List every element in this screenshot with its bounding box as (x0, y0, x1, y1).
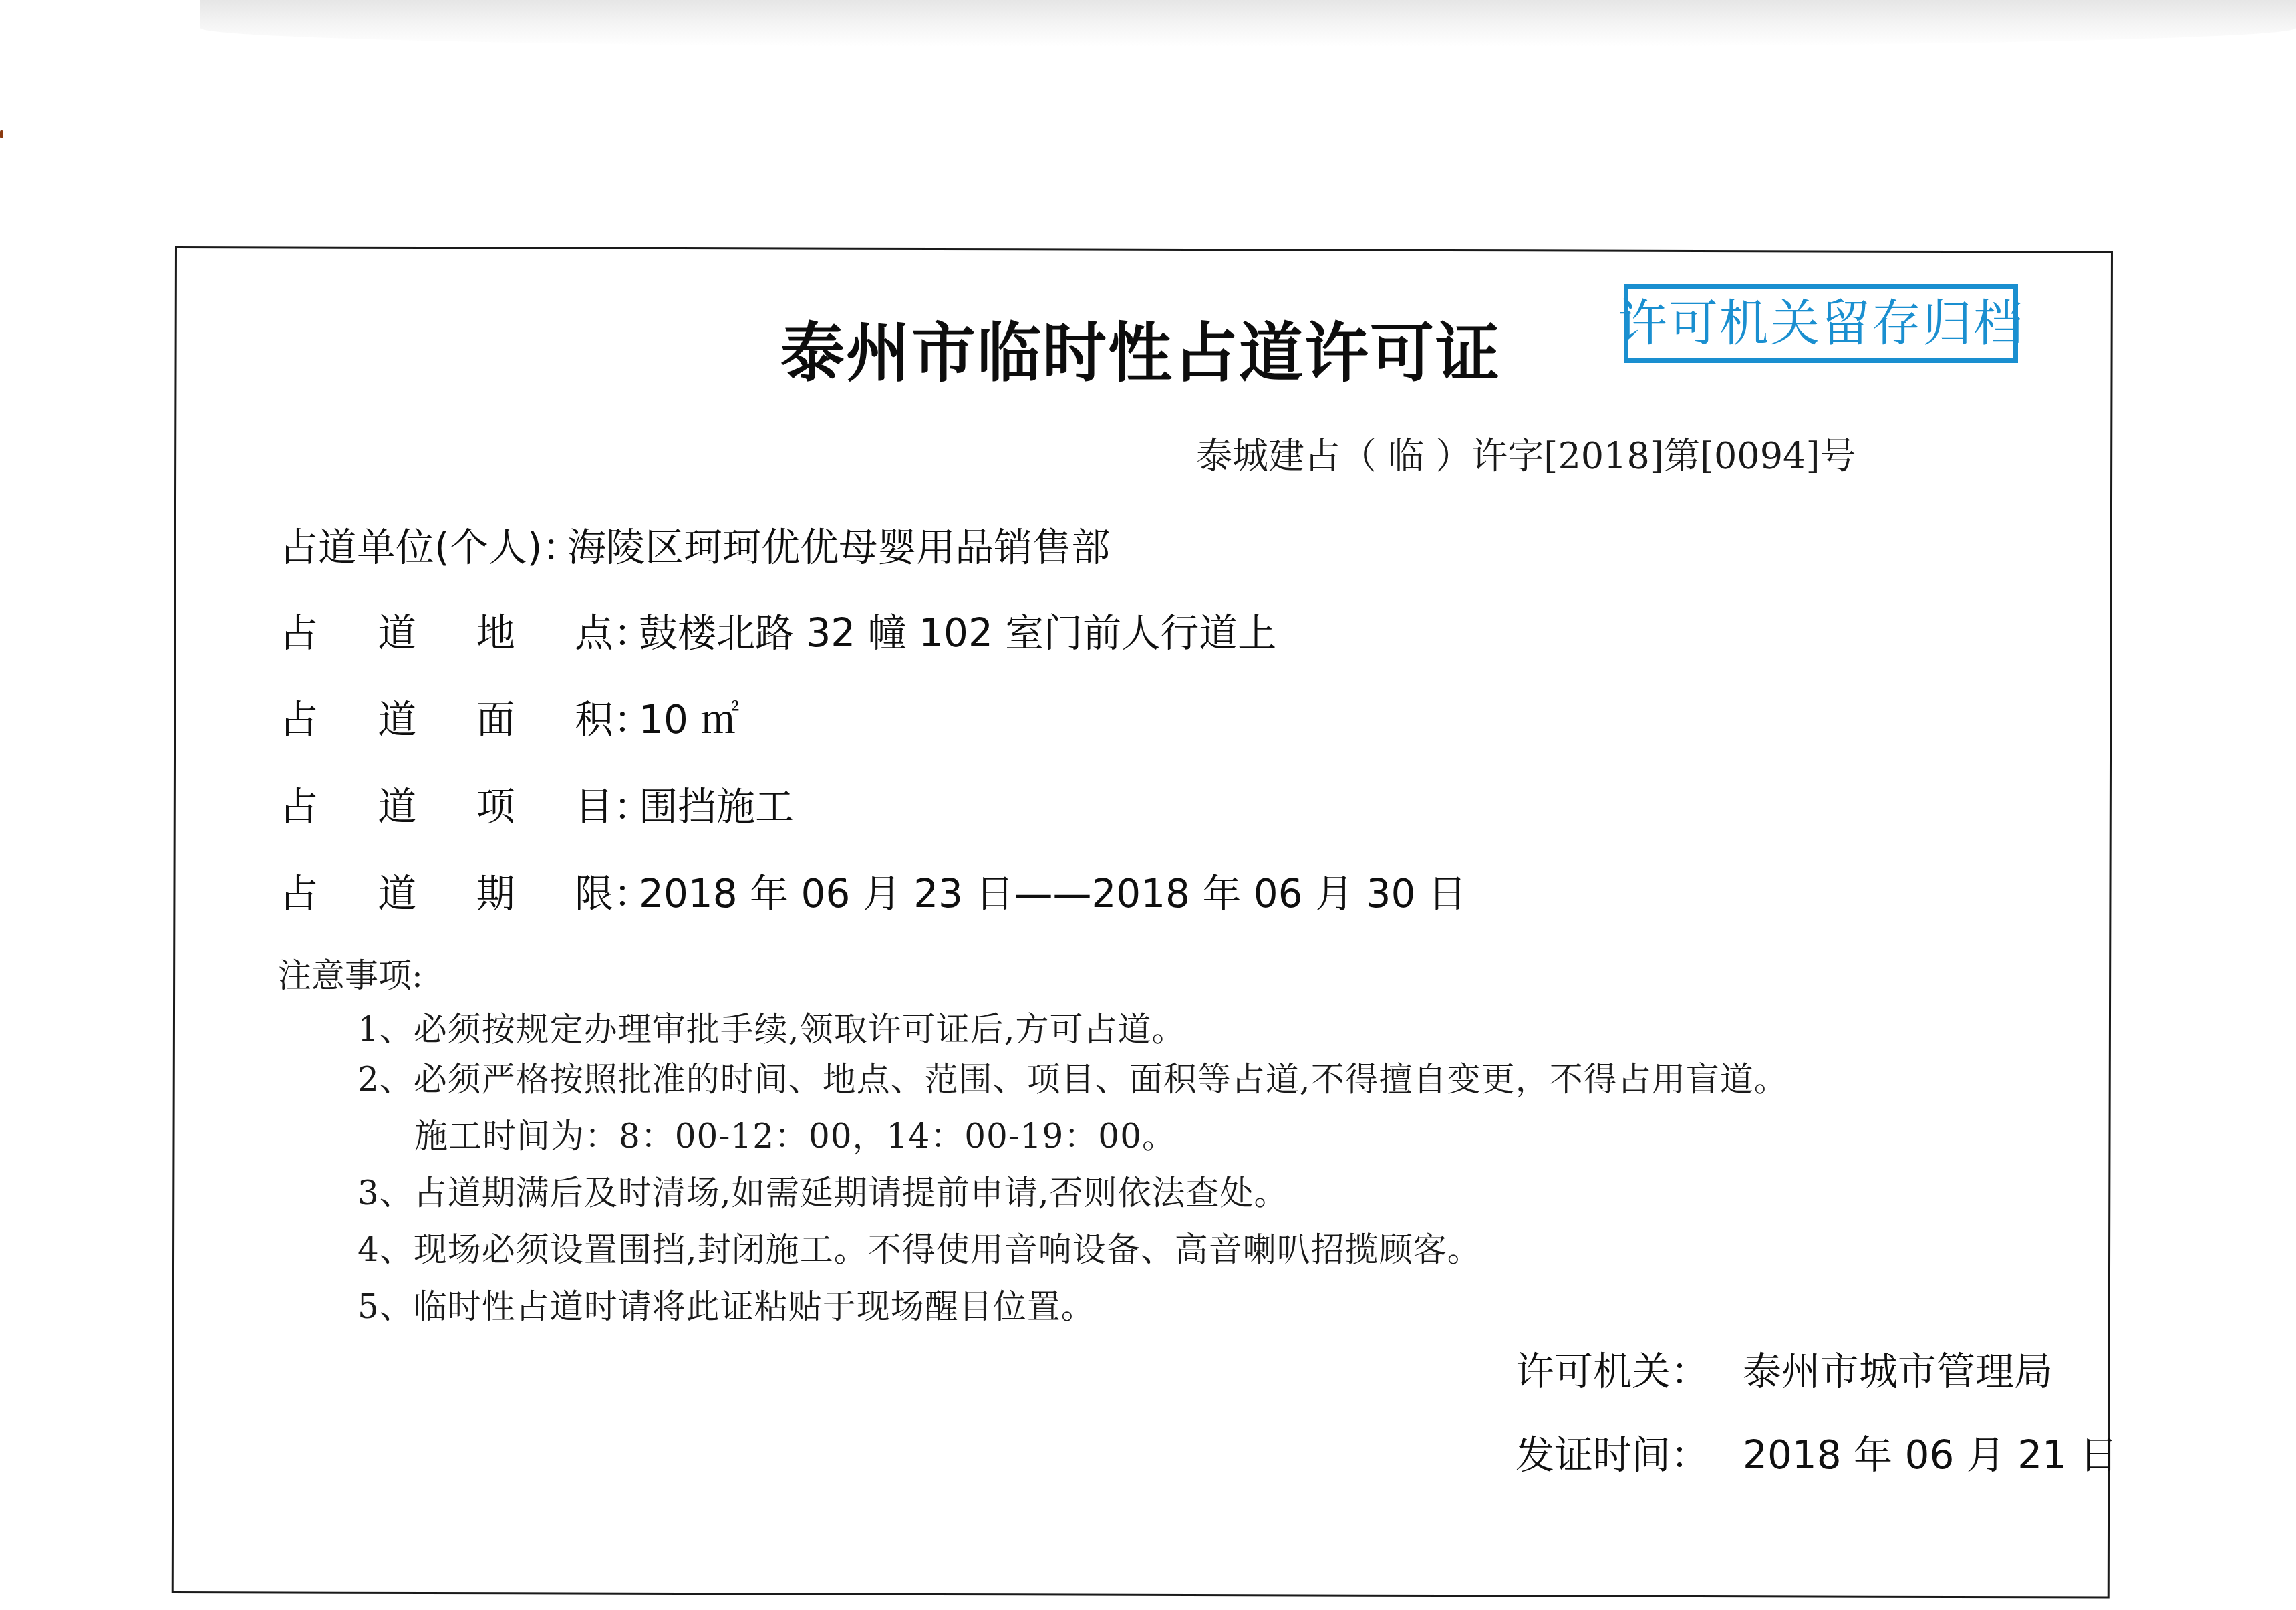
issuing-authority-value: 泰州市城市管理局 (1743, 1340, 2053, 1396)
field-colon: ： (613, 601, 639, 658)
field-colon: ： (542, 516, 567, 572)
field-area-value: 10 ㎡ (639, 688, 739, 745)
field-occupant-value: 海陵区珂珂优优母婴用品销售部 (567, 516, 1110, 572)
archive-stamp: 许可机关留存归档 (1624, 284, 2018, 363)
note-item-1: 1、必须按规定办理审批手续,领取许可证后,方可占道。 (357, 1002, 1186, 1051)
scan-shadow (200, 0, 2296, 47)
issue-date-value: 2018 年 06 月 21 日 (1743, 1424, 2118, 1480)
field-period-value: 2018 年 06 月 23 日——2018 年 06 月 30 日 (639, 862, 1467, 918)
note-item-5: 5、临时性占道时请将此证粘贴于现场醒目位置。 (357, 1280, 1095, 1328)
issue-date: 发证时间： 2018 年 06 月 21 日 (1516, 1424, 2118, 1480)
field-area-label: 占道面积 (279, 688, 613, 745)
field-occupant-label: 占道单位(个人) (279, 516, 542, 572)
field-location-value: 鼓楼北路 32 幢 102 室门前人行道上 (639, 601, 1276, 658)
field-project-value: 围挡施工 (639, 775, 794, 831)
field-period-label: 占道期限 (279, 862, 613, 918)
field-location-label: 占道地点 (279, 601, 613, 658)
field-period: 占道期限 ： 2018 年 06 月 23 日——2018 年 06 月 30 … (279, 862, 1467, 918)
field-project-label: 占道项目 (279, 775, 613, 831)
field-colon: ： (613, 775, 639, 831)
issuing-authority: 许可机关： 泰州市城市管理局 (1516, 1340, 2053, 1396)
field-colon: ： (613, 862, 639, 918)
issuing-authority-label: 许可机关： (1516, 1340, 1743, 1396)
notes-heading: 注意事项: (278, 949, 423, 997)
field-area: 占道面积 ： 10 ㎡ (279, 688, 739, 745)
note-item-2: 2、必须严格按照批准的时间、地点、范围、项目、面积等占道,不得擅自变更，不得占用… (357, 1053, 1788, 1101)
permit-number: 泰城建占（ 临 ）许字[2018]第[0094]号 (1196, 428, 1856, 479)
note-item-4: 4、现场必须设置围挡,封闭施工。不得使用音响设备、高音喇叭招揽顾客。 (357, 1223, 1481, 1271)
scan-speck (0, 130, 3, 138)
archive-stamp-text: 许可机关留存归档 (1618, 299, 2024, 348)
issue-date-label: 发证时间： (1516, 1424, 1743, 1480)
note-item-3: 3、占道期满后及时清场,如需延期请提前申请,否则依法查处。 (357, 1166, 1288, 1214)
field-colon: ： (613, 688, 639, 745)
field-project: 占道项目 ： 围挡施工 (279, 775, 794, 831)
note-item-2-continued: 施工时间为：8：00-12：00，14：00-19：00。 (414, 1109, 1176, 1158)
document-title: 泰州市临时性占道许可证 (780, 302, 1501, 394)
field-location: 占道地点 ： 鼓楼北路 32 幢 102 室门前人行道上 (279, 601, 1276, 658)
field-occupant: 占道单位(个人) ： 海陵区珂珂优优母婴用品销售部 (279, 516, 1110, 572)
